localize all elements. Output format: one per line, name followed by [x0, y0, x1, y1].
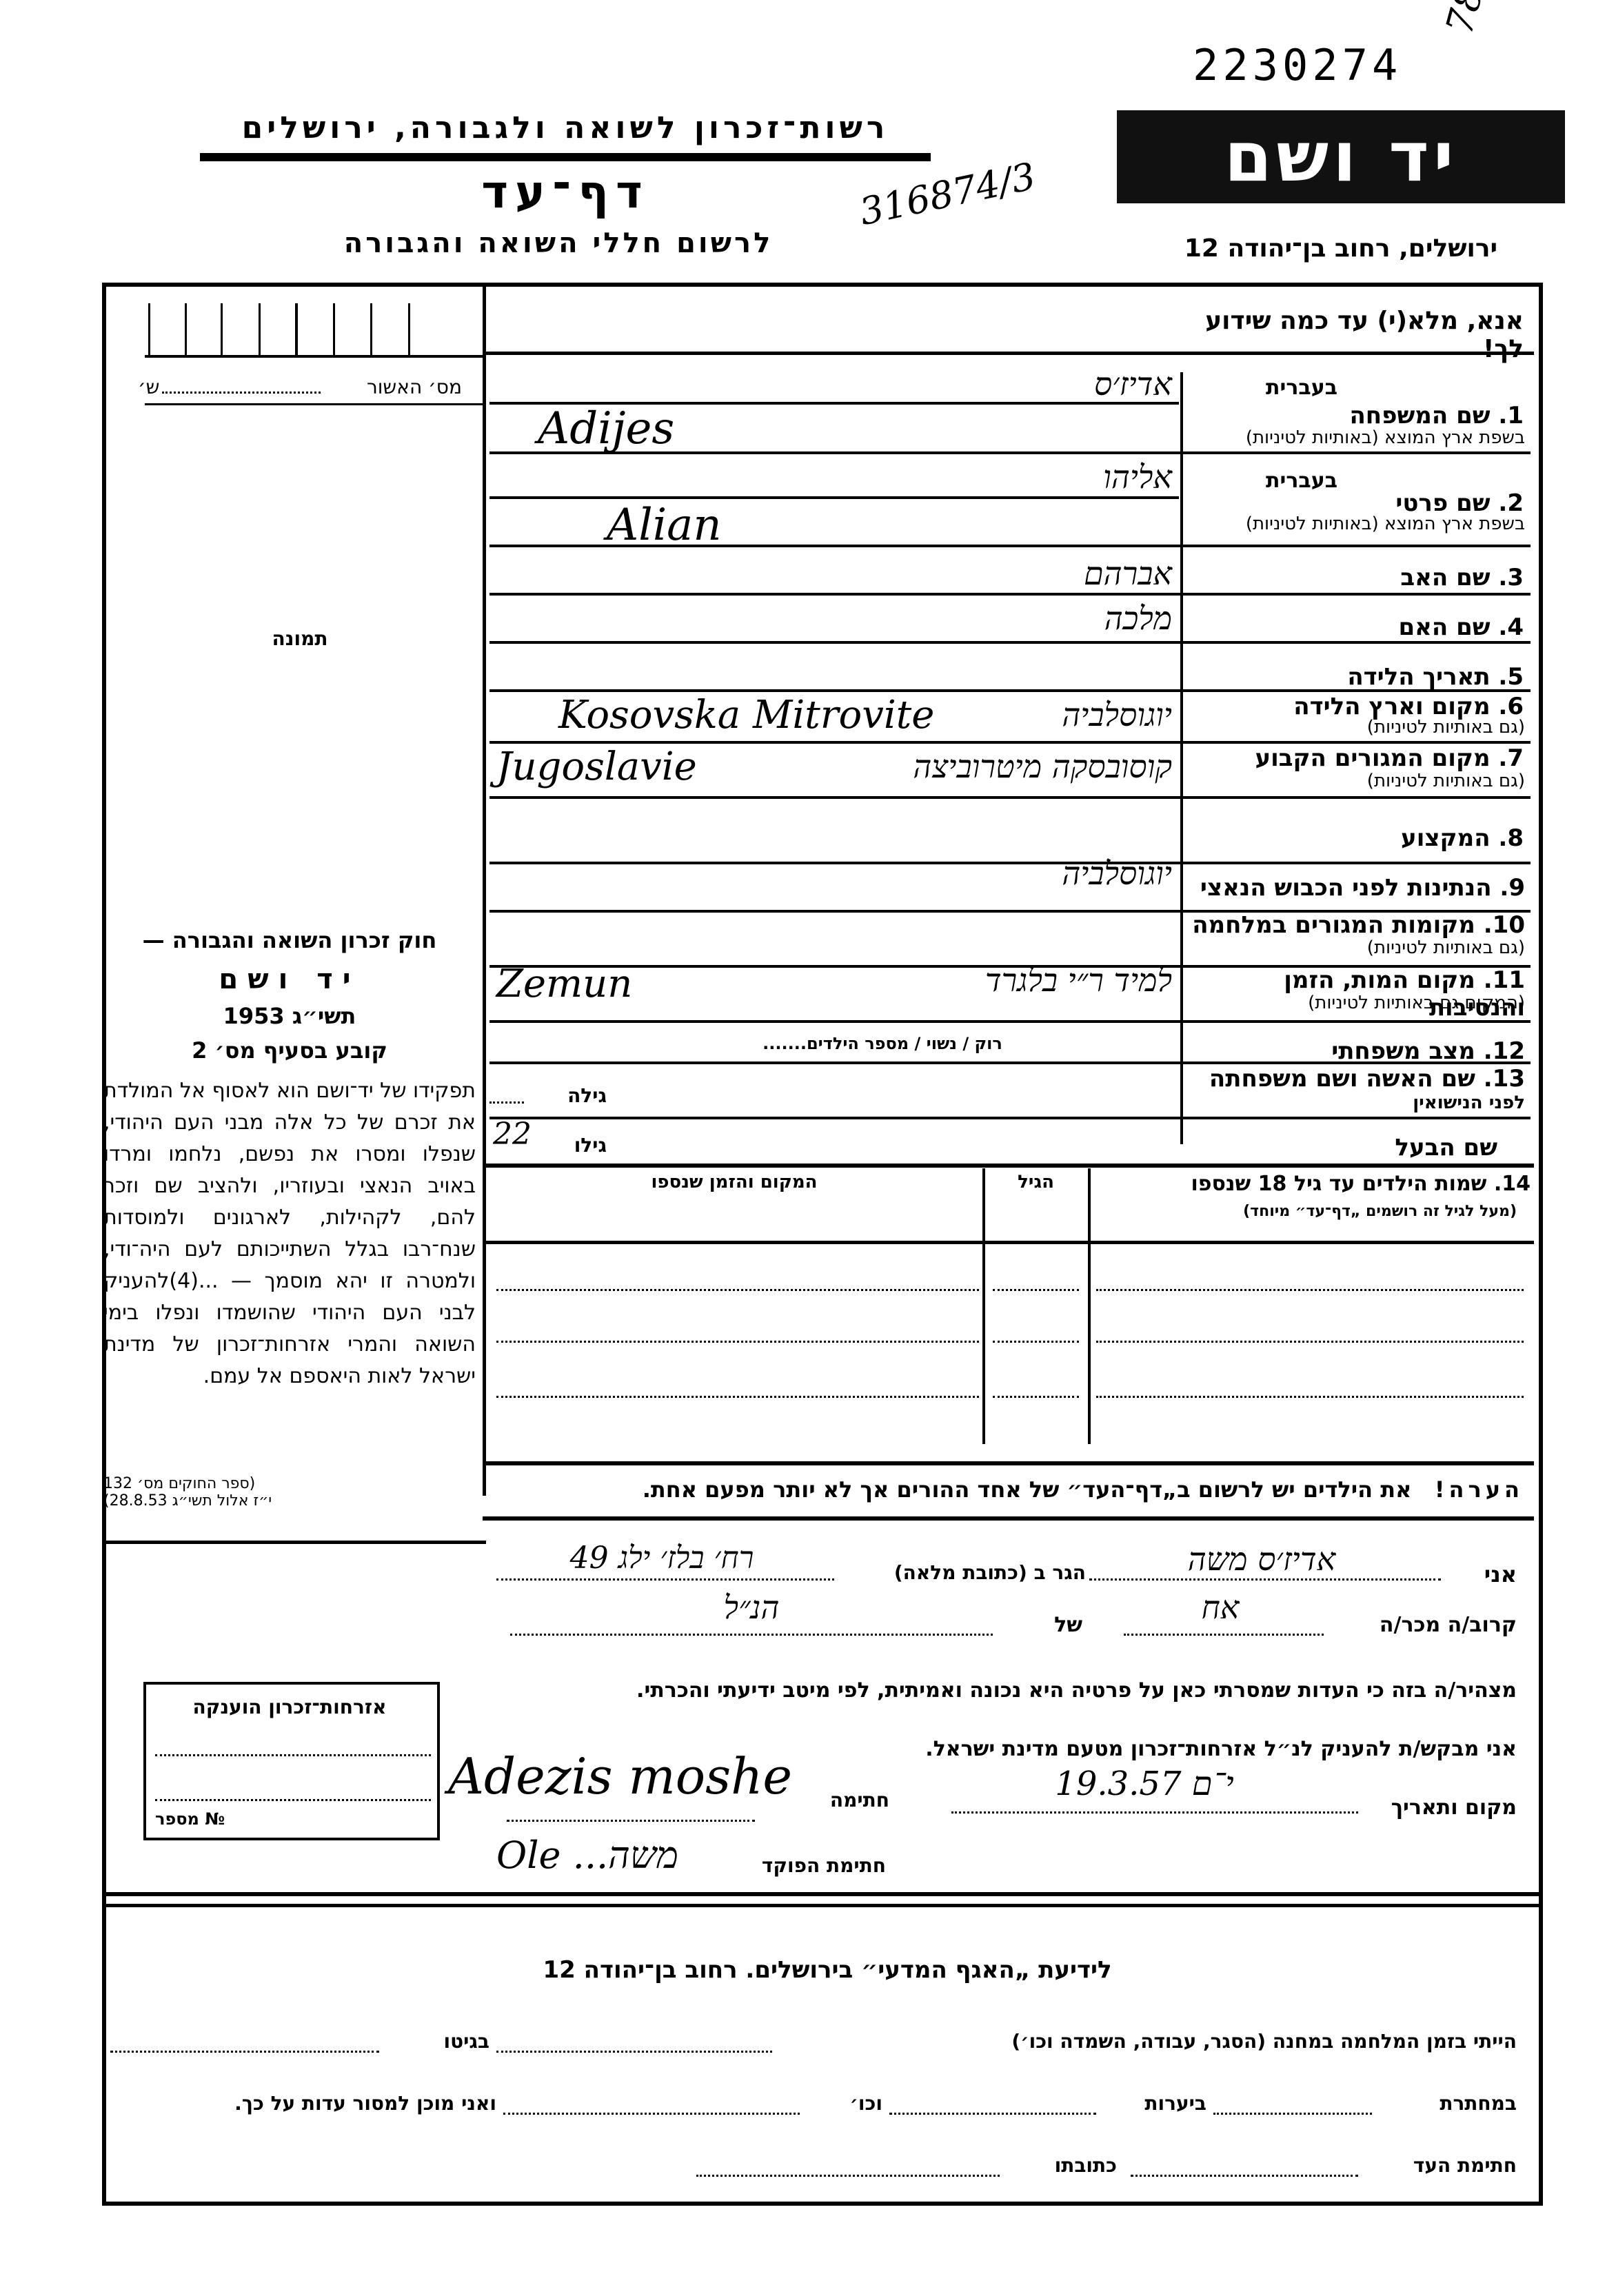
field-9-label: 9. הנתינות לפני הכבוש הנאצי: [1180, 874, 1525, 902]
field-5-value[interactable]: [489, 648, 1179, 689]
approval-divider: [145, 403, 483, 405]
left-panel-divider: [483, 283, 486, 1496]
bottom-section-title: לידיעת „האגף המדעי״ בירושלים. רחוב בן־יה…: [483, 1956, 1172, 1984]
field-10-value[interactable]: [489, 913, 1179, 962]
wife-age-label: גילה: [524, 1084, 607, 1107]
child-1-age-field[interactable]: [993, 1289, 1079, 1291]
field-3-label: 3. שם האב: [1213, 564, 1524, 591]
signature-line: [507, 1820, 755, 1822]
child-3-name-field[interactable]: [1096, 1396, 1524, 1398]
form-title: דף־עד: [386, 165, 745, 219]
child-2-name-field[interactable]: [1096, 1341, 1524, 1343]
of-line: [510, 1634, 993, 1636]
field-2-label: 2. שם פרטי: [1213, 489, 1524, 517]
field-11-hebrew-value[interactable]: למיד ר״י בלגרד: [758, 962, 1172, 999]
organization-title: רשות־זכרון לשואה ולגבורה, ירושלים: [200, 110, 931, 145]
place-date-field[interactable]: י־ם 19.3.57: [951, 1765, 1337, 1803]
field-1-hebrew-tag: בעברית: [1193, 376, 1337, 400]
field-8-value[interactable]: [489, 800, 1179, 855]
field-6-hebrew-value[interactable]: יוגוסלביה: [896, 696, 1172, 733]
officer-signature-label: חתימת הפוקד: [748, 1854, 886, 1877]
children-col-divider-name: [1088, 1168, 1091, 1444]
children-table-header: 14. שמות הילדים עד גיל 18 שנספו: [1103, 1172, 1531, 1196]
field-5-divider: [489, 689, 1531, 692]
husband-name-label: שם הבעל: [1180, 1134, 1497, 1161]
field-1-latin-value[interactable]: Adijes: [538, 403, 674, 454]
field-6-divider: [489, 741, 1531, 744]
declarant-address-field[interactable]: רח׳ בלז׳ ילג 49: [496, 1541, 827, 1576]
truth-statement: מצהיר/ה בזה כי העדות שמסרתי כאן על פרטיה…: [496, 1678, 1517, 1703]
declarant-address-line: [496, 1578, 834, 1581]
wife-name-field[interactable]: [607, 1065, 1172, 1106]
relation-line: [1124, 1634, 1324, 1636]
camp-label: הייתי בזמן המלחמה במחנה (הסגר, עבודה, הש…: [965, 2030, 1517, 2053]
husband-age-value[interactable]: 22: [493, 1117, 532, 1152]
child-3-age-field[interactable]: [993, 1396, 1079, 1398]
field-13-label: 13. שם האשה ושם משפחתה: [1180, 1065, 1525, 1093]
forests-field[interactable]: [889, 2113, 1096, 2115]
declarant-i-label: אני: [1462, 1561, 1517, 1587]
underground-field[interactable]: [1213, 2113, 1372, 2115]
note-row: הערה! את הילדים יש לרשום ב„דף־העד״ של אח…: [503, 1476, 1524, 1503]
witness-signature-field[interactable]: [1131, 2175, 1358, 2177]
field-2-hebrew-line: [489, 496, 1179, 499]
field-3-divider: [489, 593, 1531, 596]
field-8-label: 8. המקצוע: [1213, 824, 1524, 852]
handwritten-archive-number: 787668: [1437, 0, 1516, 39]
children-col-divider-age: [982, 1168, 985, 1444]
law-title: חוק זכרון השואה והגבורה —: [110, 927, 469, 953]
declarant-name-line: [1089, 1578, 1441, 1581]
endorsement-title: אזרחות־זכרון הוענקה: [152, 1696, 427, 1718]
approval-shekel-suffix: ש׳: [138, 376, 159, 398]
instructions-divider: [486, 352, 1534, 355]
officer-signature[interactable]: Ole ...משה: [496, 1833, 738, 1877]
left-panel-bottom-rule: [103, 1541, 486, 1544]
header-divider: [200, 153, 931, 161]
place-date-label: מקום ותאריך: [1372, 1796, 1517, 1820]
field-4-divider: [489, 641, 1531, 644]
field-7-label: 7. מקום המגורים הקבוע: [1213, 744, 1524, 772]
field-10-sub: (גם באותיות לטיניות): [1180, 937, 1525, 958]
field-6-latin-value[interactable]: Kosovska Mitrovite: [558, 693, 934, 738]
citizenship-request: אני מבקש/ת להעניק לנ״ל אזרחות־זכרון מטעם…: [758, 1737, 1517, 1761]
law-citation: (ספר החוקים מס׳ 132 י״ז אלול תשי״ג 28.8.…: [103, 1475, 393, 1510]
children-col-place-time: המקום והזמן שנספו: [489, 1172, 979, 1192]
field-12-label: 12. מצב משפחתי: [1180, 1037, 1525, 1065]
endorsement-field-2[interactable]: [155, 1799, 431, 1801]
field-1-label: 1. שם המשפחה: [1213, 402, 1524, 429]
declarant-name-field[interactable]: אדיז׳ס משה: [1089, 1541, 1434, 1578]
field-13-divider: [489, 1117, 1531, 1119]
field-1-sub: בשפת ארץ המוצא (באותיות לטיניות): [1180, 427, 1525, 448]
note-label: הערה!: [1435, 1476, 1524, 1503]
of-field[interactable]: הנ״ל: [510, 1589, 993, 1626]
field-14-top-divider: [483, 1164, 1534, 1168]
law-citation-line-1: (ספר החוקים מס׳ 132: [103, 1475, 393, 1492]
law-section: קובע בסעיף מס׳ 2: [110, 1037, 469, 1064]
husband-name-field[interactable]: [607, 1120, 1172, 1161]
place-date-line: [951, 1811, 1358, 1814]
field-3-value[interactable]: אברהם: [896, 555, 1172, 592]
underground-label: במחתרת: [1386, 2092, 1517, 2115]
relation-label: קרוב/ה מכר/ה: [1331, 1613, 1517, 1637]
camp-field[interactable]: [496, 2051, 772, 2053]
form-subtitle: לרשום חללי השואה והגבורה: [276, 227, 841, 259]
wife-age-field[interactable]: [489, 1101, 524, 1104]
address-label: הגר ב (כתובת מלאה): [838, 1561, 1086, 1584]
children-header-divider: [483, 1241, 1534, 1244]
law-logo: יד ושם: [110, 964, 469, 995]
field-10-label: 10. מקומות המגורים במלחמה: [1180, 911, 1525, 939]
field-2-divider: [489, 545, 1531, 547]
child-3-place-field[interactable]: [496, 1396, 979, 1398]
label-column-divider: [1180, 372, 1183, 1144]
relation-field[interactable]: אח: [1124, 1589, 1317, 1626]
field-7-divider: [489, 796, 1531, 799]
field-12-divider: [489, 1061, 1531, 1064]
marital-status-options[interactable]: רוק / נשוי / מספר הילדים.......: [689, 1034, 1075, 1053]
field-6-sub: (גם באותיות לטיניות): [1180, 717, 1525, 738]
ghetto-label: בגיטו: [386, 2030, 489, 2053]
children-table-sub: (מעל לגיל זה רושמים „דף־עד״ מיוחד): [1103, 1203, 1517, 1220]
testimony-willingness: ואני מוכן למסור עדות על כך.: [103, 2092, 496, 2115]
etc-field[interactable]: [503, 2113, 800, 2115]
husband-age-label: גילו: [524, 1134, 607, 1157]
witness-address-field[interactable]: [696, 2175, 1000, 2177]
field-1-divider: [489, 451, 1531, 454]
law-citation-line-2: י״ז אלול תשי״ג 28.8.53): [103, 1492, 393, 1510]
witness-signature-label: חתימת העד: [1365, 2154, 1517, 2177]
archive-stamp-number: 2230274: [1193, 40, 1402, 90]
approval-number-label: מס׳ האשור: [331, 376, 462, 398]
endorsement-field-1[interactable]: [155, 1754, 431, 1756]
field-1-hebrew-value[interactable]: אדיז׳ס: [896, 365, 1172, 403]
field-6-label: 6. מקום וארץ הלידה: [1213, 693, 1524, 720]
child-1-name-field[interactable]: [1096, 1289, 1524, 1291]
law-year: תשי״ג 1953: [110, 1003, 469, 1029]
approval-number-field[interactable]: [162, 392, 321, 394]
field-4-label: 4. שם האם: [1213, 613, 1524, 641]
note-text: את הילדים יש לרשום ב„דף־העד״ של אחד ההור…: [643, 1476, 1412, 1503]
children-col-age: הגיל: [986, 1172, 1086, 1192]
field-11-divider: [489, 1020, 1531, 1023]
declarant-signature[interactable]: Adezis moshe: [448, 1747, 834, 1805]
witness-address-label: כתובתו: [1007, 2154, 1117, 2177]
institution-address: ירושלים, רחוב בן־יהודה 12: [1117, 234, 1565, 263]
photo-area[interactable]: [145, 414, 476, 910]
endorsement-number-label: № מספר: [155, 1809, 259, 1829]
field-4-value[interactable]: מלכה: [896, 600, 1172, 637]
bottom-section-rule-2: [102, 1904, 1543, 1907]
field-2-hebrew-value[interactable]: אליהו: [896, 458, 1172, 496]
yad-vashem-logo: יד ושם: [1117, 110, 1565, 203]
field-5-label: 5. תאריך הלידה: [1213, 663, 1524, 691]
bottom-section-rule-1: [102, 1892, 1543, 1896]
of-label: של: [1007, 1613, 1082, 1637]
field-7-hebrew-value[interactable]: קוסובסקה מיטרוביצה: [793, 748, 1172, 785]
field-13-sub: לפני הנישואין: [1180, 1093, 1525, 1113]
field-11-sub: (המקום גם באותיות לטיניות): [1180, 993, 1525, 1013]
child-2-age-field[interactable]: [993, 1341, 1079, 1343]
note-divider: [483, 1516, 1534, 1521]
field-2-latin-value[interactable]: Alian: [607, 500, 722, 551]
child-2-place-field[interactable]: [496, 1341, 979, 1343]
field-7-latin-value[interactable]: Jugoslavie: [496, 744, 697, 789]
children-table-bottom: [483, 1461, 1534, 1465]
field-2-sub: בשפת ארץ המוצא (באותיות לטיניות): [1180, 514, 1525, 534]
field-9-value[interactable]: יוגוסלביה: [827, 855, 1172, 892]
field-11-latin-value[interactable]: Zemun: [496, 962, 632, 1006]
handwritten-file-number: 316874/3: [856, 154, 1039, 234]
law-text: תפקידו של יד־ושם הוא לאסוף אל המולדת את …: [103, 1075, 476, 1392]
child-1-place-field[interactable]: [496, 1289, 979, 1291]
forests-label: ביערות: [1103, 2092, 1206, 2115]
field-7-sub: (גם באותיות לטיניות): [1180, 771, 1525, 791]
ghetto-field[interactable]: [110, 2051, 379, 2053]
etc-label: וכו׳: [814, 2092, 882, 2115]
